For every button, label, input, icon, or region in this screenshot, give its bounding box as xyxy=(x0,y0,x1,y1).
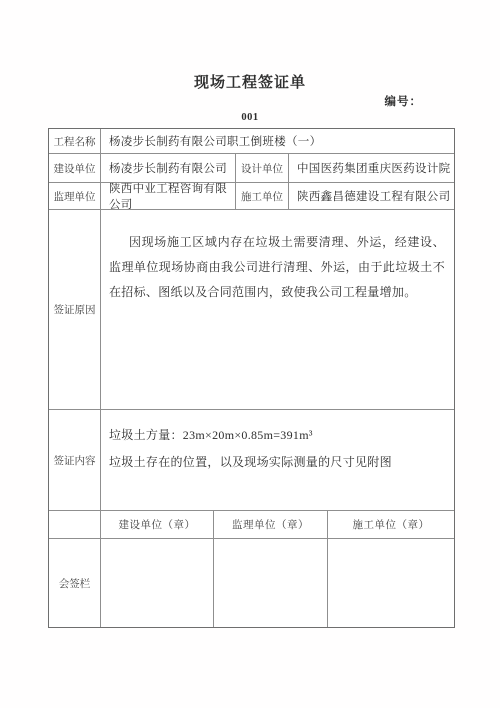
row-countersign: 会签栏 xyxy=(49,539,454,627)
countersign-contractor-cell xyxy=(328,539,454,627)
row-supervision-contractor: 监理单位 陕西中业工程咨询有限公司 施工单位 陕西鑫昌德建设工程有限公司 xyxy=(49,183,454,210)
countersign-construction-cell xyxy=(101,539,214,627)
form-number-label: 编号： xyxy=(385,93,423,109)
seal-header-supervision: 监理单位（章） xyxy=(214,511,328,538)
seal-header-construction: 建设单位（章） xyxy=(101,511,214,538)
visa-reason-cell: 因现场施工区域内存在垃圾土需要清理、外运，经建设、监理单位现场协商由我公司进行清… xyxy=(101,210,454,409)
design-unit-label: 设计单位 xyxy=(236,154,289,182)
row-visa-content: 签证内容 垃圾土方量：23m×20m×0.85m=391m³ 垃圾土存在的位置，… xyxy=(49,410,454,511)
visa-reason-text: 因现场施工区域内存在垃圾土需要清理、外运，经建设、监理单位现场协商由我公司进行清… xyxy=(101,210,454,305)
visa-form-page: 现场工程签证单 编号： 001 工程名称 杨凌步长制药有限公司职工倒班楼（一） … xyxy=(0,0,500,708)
seal-header-spacer-cell xyxy=(49,511,101,538)
row-construction-design: 建设单位 杨凌步长制药有限公司 设计单位 中国医药集团重庆医药设计院 xyxy=(49,154,454,183)
supervision-unit-value: 陕西中业工程咨询有限公司 xyxy=(101,183,236,209)
page-title: 现场工程签证单 xyxy=(0,71,500,92)
visa-content-location-line: 垃圾土存在的位置，以及现场实际测量的尺寸见附图 xyxy=(109,449,445,476)
project-name-label: 工程名称 xyxy=(49,129,101,153)
visa-content-volume-line: 垃圾土方量：23m×20m×0.85m=391m³ xyxy=(109,422,445,449)
design-unit-value: 中国医药集团重庆医药设计院 xyxy=(289,154,454,182)
countersign-supervision-cell xyxy=(214,539,328,627)
construction-unit-value: 杨凌步长制药有限公司 xyxy=(101,154,236,182)
row-visa-reason: 签证原因 因现场施工区域内存在垃圾土需要清理、外运，经建设、监理单位现场协商由我… xyxy=(49,210,454,410)
project-name-value: 杨凌步长制药有限公司职工倒班楼（一） xyxy=(101,129,454,153)
contractor-unit-value: 陕西鑫昌德建设工程有限公司 xyxy=(289,183,454,209)
form-serial-number: 001 xyxy=(0,112,500,123)
row-project-name: 工程名称 杨凌步长制药有限公司职工倒班楼（一） xyxy=(49,129,454,154)
contractor-unit-label: 施工单位 xyxy=(236,183,289,209)
visa-content-cell: 垃圾土方量：23m×20m×0.85m=391m³ 垃圾土存在的位置，以及现场实… xyxy=(101,410,454,510)
construction-unit-label: 建设单位 xyxy=(49,154,101,182)
visa-reason-label: 签证原因 xyxy=(49,210,101,409)
countersign-label: 会签栏 xyxy=(49,539,101,627)
seal-header-contractor: 施工单位（章） xyxy=(328,511,454,538)
supervision-unit-label: 监理单位 xyxy=(49,183,101,209)
visa-content-label: 签证内容 xyxy=(49,410,101,510)
visa-form-table: 工程名称 杨凌步长制药有限公司职工倒班楼（一） 建设单位 杨凌步长制药有限公司 … xyxy=(48,128,455,628)
row-seal-headers: 建设单位（章） 监理单位（章） 施工单位（章） xyxy=(49,511,454,539)
